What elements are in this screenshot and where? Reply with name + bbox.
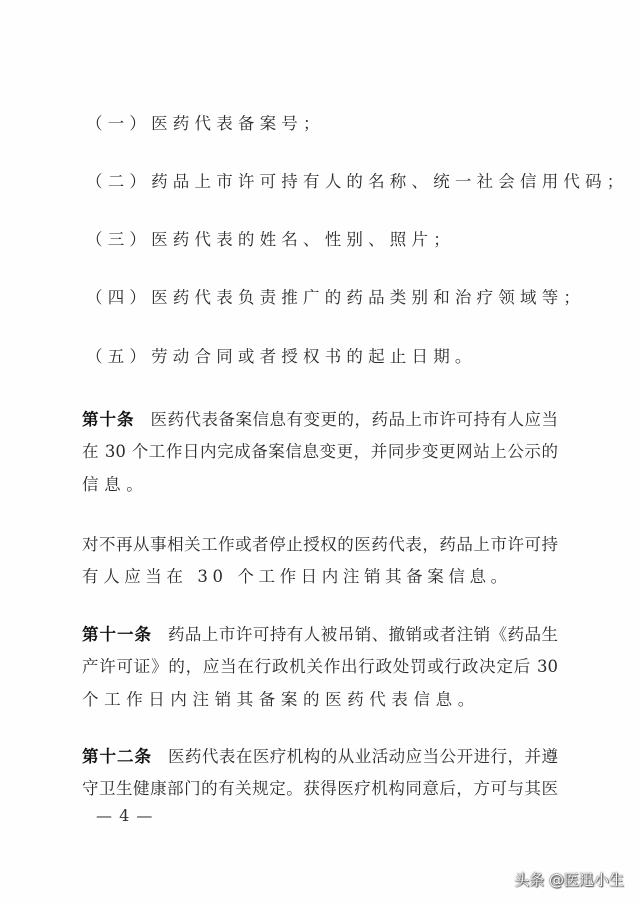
- article-10-line-1: 第十条医药代表备案信息有变更的，药品上市许可持有人应当: [82, 407, 558, 433]
- article-10-text-1: 医药代表备案信息有变更的，药品上市许可持有人应当: [151, 410, 559, 429]
- article-11-line-3: 个工作日内注销其备案的医药代表信息。: [82, 687, 558, 713]
- article-11-heading: 第十一条: [82, 625, 152, 644]
- article-12-heading: 第十二条: [82, 747, 152, 766]
- article-11-text-1: 药品上市许可持有人被吊销、撤销或者注销《药品生: [168, 625, 558, 644]
- article-12-text-1: 医药代表在医疗机构的从业活动应当公开进行，并遵: [168, 747, 558, 766]
- article-11-line-1: 第十一条药品上市许可持有人被吊销、撤销或者注销《药品生: [82, 622, 558, 648]
- list-item-1: （一）医药代表备案号；: [86, 111, 562, 137]
- article-12-line-1: 第十二条医药代表在医疗机构的从业活动应当公开进行，并遵: [82, 744, 558, 770]
- article-11-line-2: 产许可证》的，应当在行政机关作出行政处罚或行政决定后 30: [82, 654, 558, 680]
- watermark: 头条 @医迅小生: [514, 868, 624, 892]
- list-item-3: （三）医药代表的姓名、性别、照片；: [86, 227, 562, 253]
- document-page: （一）医药代表备案号； （二）药品上市许可持有人的名称、统一社会信用代码； （三…: [0, 0, 640, 904]
- article-12-line-2: 守卫生健康部门的有关规定。获得医疗机构同意后，方可与其医: [82, 776, 558, 802]
- paragraph-10b-line-2: 有人应当在 30 个工作日内注销其备案信息。: [82, 564, 558, 590]
- article-10-line-2: 在 30 个工作日内完成备案信息变更，并同步变更网站上公示的: [82, 439, 558, 465]
- paragraph-10b-line-1: 对不再从事相关工作或者停止授权的医药代表，药品上市许可持: [82, 532, 558, 558]
- page-number: — 4 —: [96, 804, 153, 828]
- list-item-4: （四）医药代表负责推广的药品类别和治疗领域等；: [86, 285, 562, 311]
- list-item-5: （五）劳动合同或者授权书的起止日期。: [86, 344, 562, 370]
- list-item-2: （二）药品上市许可持有人的名称、统一社会信用代码；: [86, 169, 562, 195]
- article-10-line-3: 信息。: [82, 472, 558, 498]
- article-10-heading: 第十条: [82, 410, 135, 429]
